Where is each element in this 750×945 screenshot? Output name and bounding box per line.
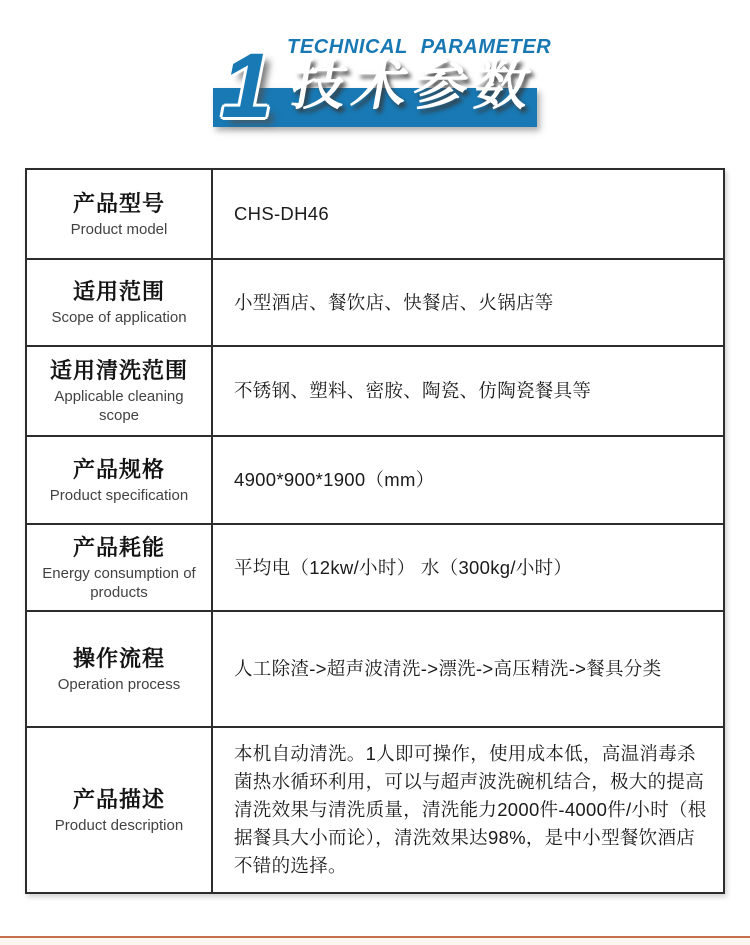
spec-label-cell: 产品型号 Product model	[27, 170, 213, 258]
spec-value: 4900*900*1900（mm）	[213, 437, 723, 523]
spec-value: 本机自动清洗。1人即可操作，使用成本低，高温消毒杀菌热水循环利用，可以与超声波洗…	[213, 728, 723, 892]
section-header: TECHNICAL PARAMETER 1 技术参数	[0, 0, 750, 150]
spec-value: 不锈钢、塑料、密胺、陶瓷、仿陶瓷餐具等	[213, 347, 723, 435]
spec-label-cell: 产品描述 Product description	[27, 728, 213, 892]
spec-label-en: Product description	[55, 816, 183, 835]
spec-label-zh: 产品规格	[73, 456, 165, 484]
spec-label-zh: 适用清洗范围	[50, 357, 188, 385]
spec-label-en: Operation process	[58, 675, 181, 694]
spec-label-en: Scope of application	[51, 308, 186, 327]
spec-label-zh: 产品耗能	[73, 534, 165, 562]
spec-row-energy-consumption: 产品耗能 Energy consumption of products 平均电（…	[27, 523, 723, 610]
spec-label-zh: 产品型号	[73, 190, 165, 218]
footer-accent-line	[0, 936, 750, 945]
spec-label-cell: 适用范围 Scope of application	[27, 260, 213, 345]
spec-value: 小型酒店、餐饮店、快餐店、火锅店等	[213, 260, 723, 345]
spec-label-cell: 产品耗能 Energy consumption of products	[27, 525, 213, 610]
spec-label-en: Energy consumption of products	[35, 564, 203, 602]
spec-label-zh: 适用范围	[73, 278, 165, 306]
spec-row-product-model: 产品型号 Product model CHS-DH46	[27, 170, 723, 258]
spec-row-product-specification: 产品规格 Product specification 4900*900*1900…	[27, 435, 723, 523]
product-spec-page: TECHNICAL PARAMETER 1 技术参数 产品型号 Product …	[0, 0, 750, 945]
spec-label-zh: 操作流程	[73, 645, 165, 673]
spec-label-en: Product model	[71, 220, 168, 239]
spec-label-cell: 适用清洗范围 Applicable cleaning scope	[27, 347, 213, 435]
spec-row-cleaning-scope: 适用清洗范围 Applicable cleaning scope 不锈钢、塑料、…	[27, 345, 723, 435]
spec-table: 产品型号 Product model CHS-DH46 适用范围 Scope o…	[25, 168, 725, 894]
section-number: 1	[221, 40, 272, 132]
spec-row-product-description: 产品描述 Product description 本机自动清洗。1人即可操作，使…	[27, 726, 723, 892]
spec-value: 人工除渣->超声波清洗->漂洗->高压精洗->餐具分类	[213, 612, 723, 726]
spec-value: CHS-DH46	[213, 170, 723, 258]
spec-value: 平均电（12kw/小时） 水（300kg/小时）	[213, 525, 723, 610]
spec-label-zh: 产品描述	[73, 786, 165, 814]
spec-label-cell: 产品规格 Product specification	[27, 437, 213, 523]
spec-row-operation-process: 操作流程 Operation process 人工除渣->超声波清洗->漂洗->…	[27, 610, 723, 726]
spec-label-en: Product specification	[50, 486, 188, 505]
section-title-chinese: 技术参数	[287, 58, 541, 114]
spec-row-scope-of-application: 适用范围 Scope of application 小型酒店、餐饮店、快餐店、火…	[27, 258, 723, 345]
spec-label-en: Applicable cleaning scope	[35, 387, 203, 425]
spec-label-cell: 操作流程 Operation process	[27, 612, 213, 726]
